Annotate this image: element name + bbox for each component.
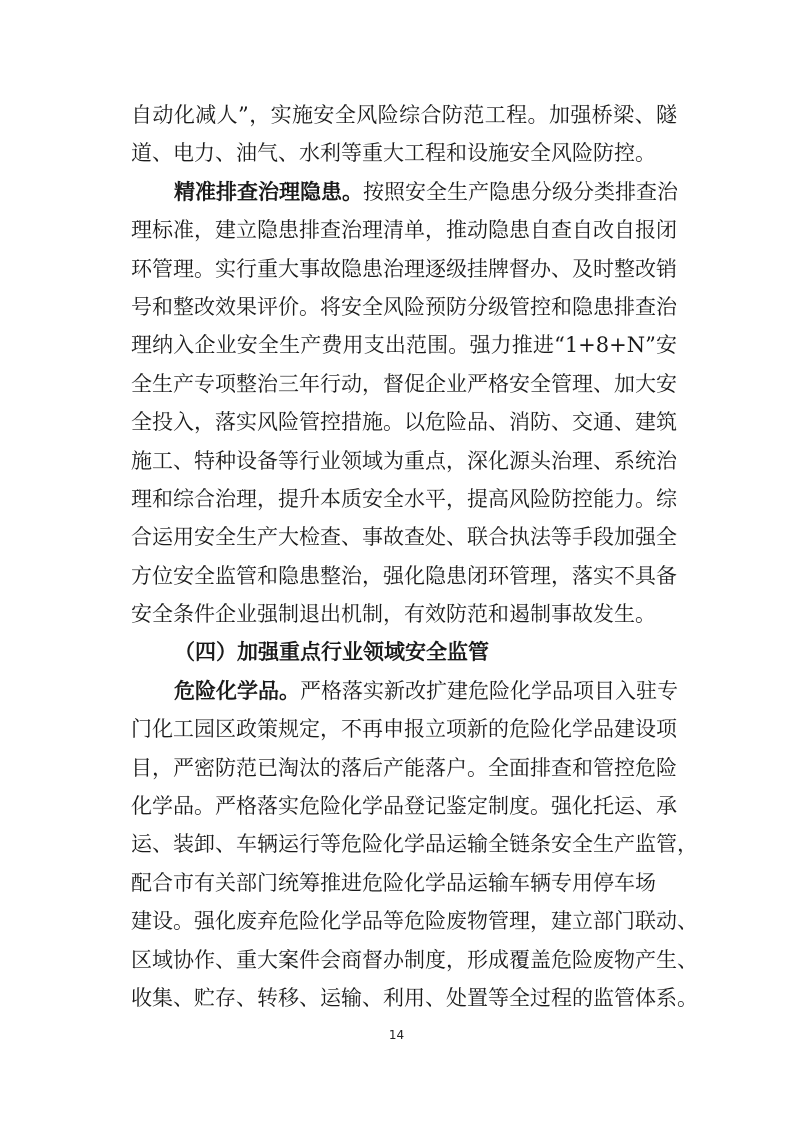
text-line: 建设。强化废弃危险化学品等危险废物管理，建立部门联动、 — [131, 902, 677, 940]
paragraph-lead-heading: 精准排查治理隐患。 — [174, 180, 363, 204]
text-line: 区域协作、重大案件会商督办制度，形成覆盖危险废物产生、 — [131, 941, 677, 979]
paragraph-start: 危险化学品。严格落实新改扩建危险化学品项目入驻专 — [131, 672, 677, 710]
text-line: 理纳入企业安全生产费用支出范围。强力推进“1+8+N”安 — [131, 326, 677, 364]
text-line: 合运用安全生产大检查、事故查处、联合执法等手段加强全 — [131, 518, 677, 556]
text-line: 目，严密防范已淘汰的落后产能落户。全面排查和管控危险 — [131, 749, 677, 787]
page-number: 14 — [0, 1028, 793, 1042]
text-line: 理标准，建立隐患排查治理清单，推动隐患自查自改自报闭 — [131, 211, 677, 249]
text-line: 收集、贮存、转移、运输、利用、处置等全过程的监管体系。 — [131, 979, 677, 1017]
text-line: 道、电力、油气、水利等重大工程和设施安全风险防控。 — [131, 134, 677, 172]
text-line: 门化工园区政策规定，不再申报立项新的危险化学品建设项 — [131, 710, 677, 748]
text-line: 施工、特种设备等行业领域为重点，深化源头治理、系统治 — [131, 442, 677, 480]
paragraph-lead-heading: 危险化学品。 — [174, 679, 300, 703]
text-line: 安全条件企业强制退出机制，有效防范和遏制事故发生。 — [131, 595, 677, 633]
text-line: 全投入，落实风险管控措施。以危险品、消防、交通、建筑 — [131, 403, 677, 441]
text-line: 配合市有关部门统筹推进危险化学品运输车辆专用停车场 — [131, 864, 677, 902]
text-line: 理和综合治理，提升本质安全水平，提高风险防控能力。综 — [131, 480, 677, 518]
text-line: 全生产专项整治三年行动，督促企业严格安全管理、加大安 — [131, 365, 677, 403]
text-line: 运、装卸、车辆运行等危险化学品运输全链条安全生产监管， — [131, 825, 677, 863]
text-line: 环管理。实行重大事故隐患治理逐级挂牌督办、及时整改销 — [131, 250, 677, 288]
section-heading: （四）加强重点行业领域安全监管 — [131, 633, 677, 671]
text-line: 自动化减人”，实施安全风险综合防范工程。加强桥梁、隧 — [131, 96, 677, 134]
text-line: 化学品。严格落实危险化学品登记鉴定制度。强化托运、承 — [131, 787, 677, 825]
text-line: 号和整改效果评价。将安全风险预防分级管控和隐患排查治 — [131, 288, 677, 326]
document-body: 自动化减人”，实施安全风险综合防范工程。加强桥梁、隧 道、电力、油气、水利等重大… — [131, 96, 677, 1017]
text-line: 方位安全监管和隐患整治，强化隐患闭环管理，落实不具备 — [131, 557, 677, 595]
text-span: 按照安全生产隐患分级分类排查治 — [363, 180, 678, 204]
paragraph-start: 精准排查治理隐患。按照安全生产隐患分级分类排查治 — [131, 173, 677, 211]
text-span: 严格落实新改扩建危险化学品项目入驻专 — [300, 679, 678, 703]
